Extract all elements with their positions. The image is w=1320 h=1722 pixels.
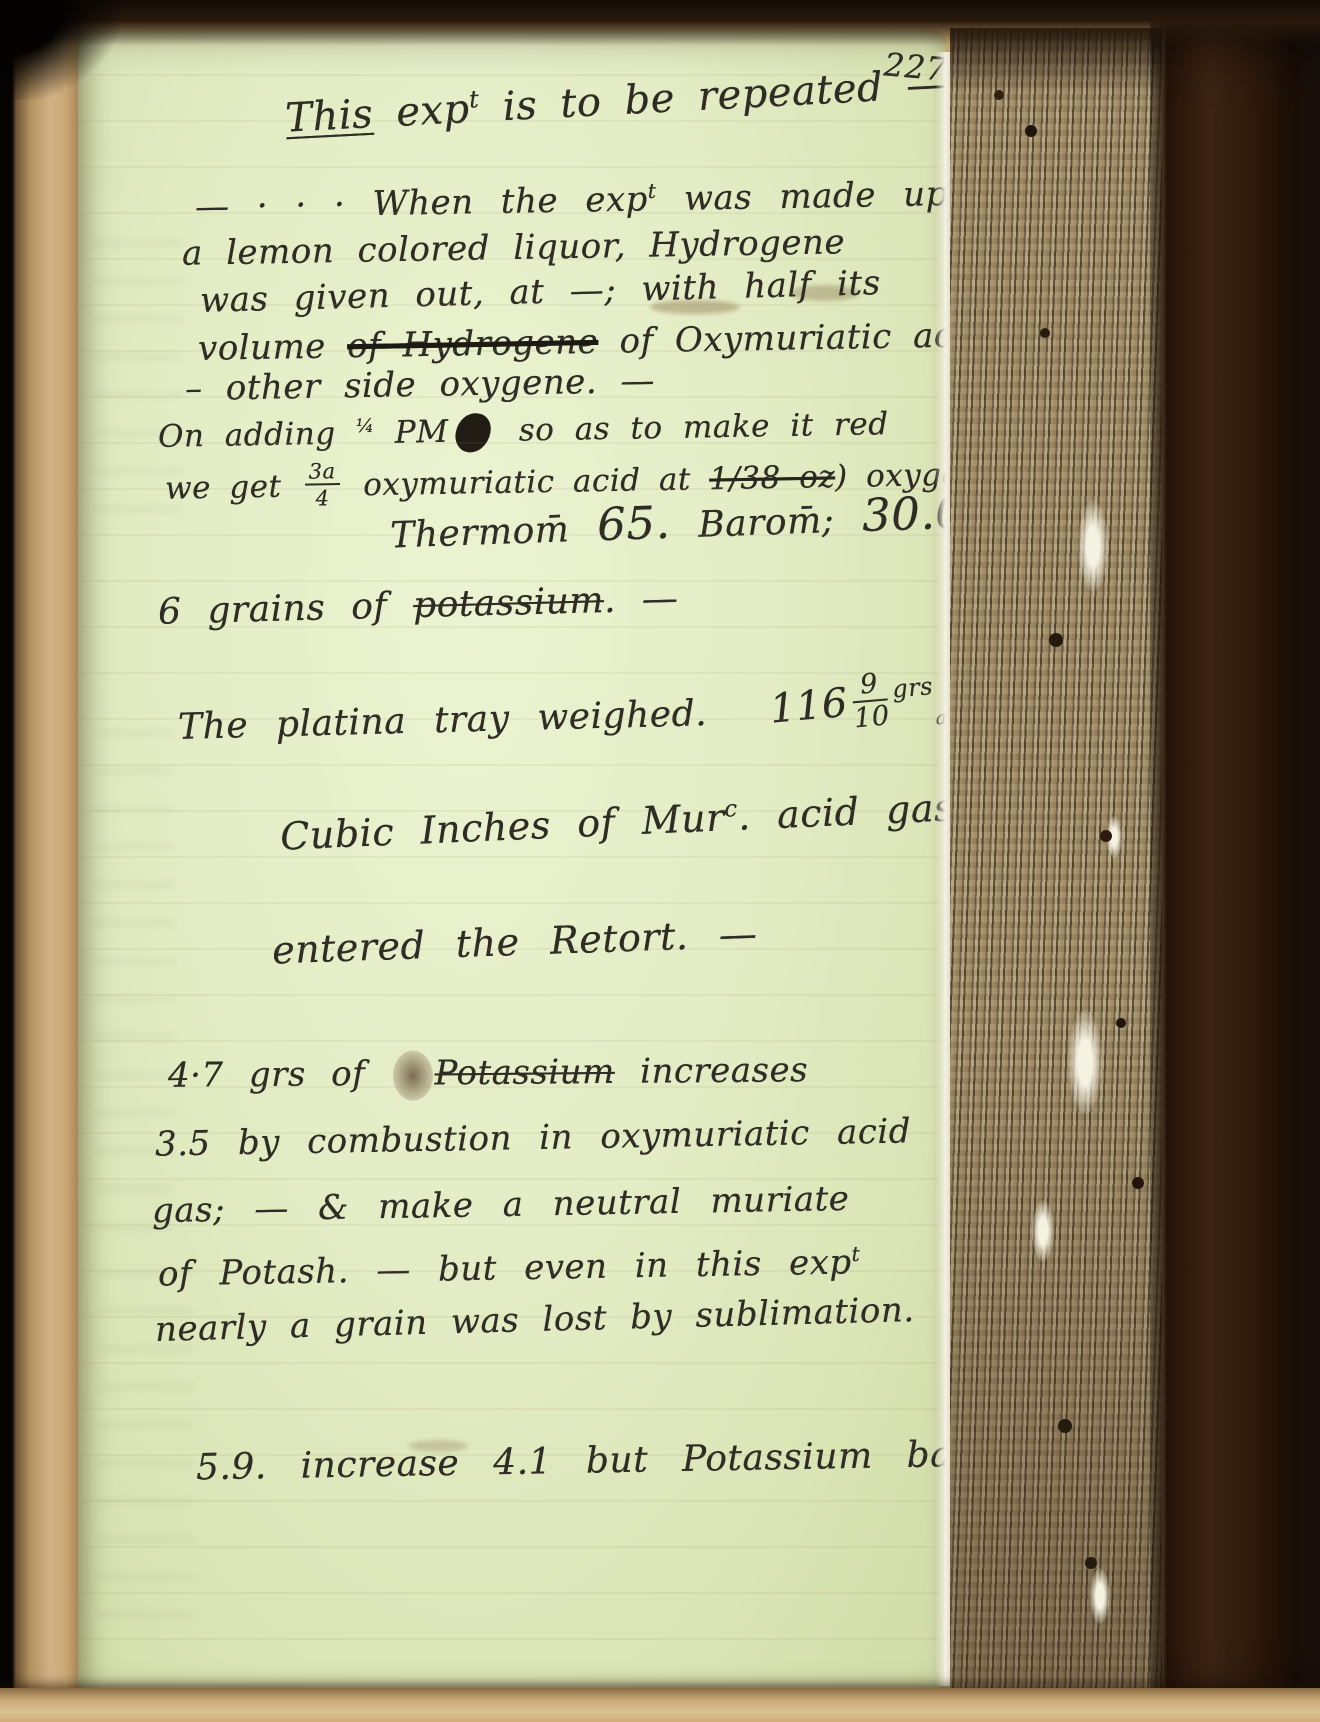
para-text: volume — [198, 326, 348, 369]
table-surface-bottom — [0, 1688, 1320, 1722]
title-line: This expt is to be repeated — — [284, 61, 948, 142]
ink-blot — [453, 410, 494, 456]
fraction: 910 — [850, 669, 891, 732]
manuscript-page: 227 This expt is to be repeated — — · · … — [78, 30, 946, 1692]
page-gap — [1032, 1200, 1054, 1262]
note-text: 6 grains of — [158, 585, 414, 633]
notebook-photo: 227 This expt is to be repeated — — · · … — [0, 0, 1320, 1722]
page-gap — [1106, 816, 1122, 858]
result-line-3: gas; — & make a neutral muriate — [152, 1179, 850, 1231]
struck-text: potassium — [413, 580, 605, 626]
book-fore-edge — [950, 28, 1162, 1696]
fraction-denominator: 4 — [305, 485, 340, 509]
superscript: ¼ — [356, 416, 375, 437]
barometer-label: Barom̄; — [698, 500, 835, 546]
note-text: Cubic Inches of Mur — [279, 795, 725, 858]
fraction-denominator: 10 — [853, 701, 891, 733]
retort-line: entered the Retort. — — [271, 912, 758, 973]
thermometer-label: Thermom̄ — [390, 509, 570, 556]
adding-line-1: On adding ¼ PM so as to make it red — [158, 406, 889, 459]
superscript: c — [724, 796, 738, 823]
para-line-3: was given out, at —; with half its — [200, 263, 882, 321]
superscript: t — [851, 1242, 860, 1266]
fraction-numerator: 9 — [850, 669, 888, 703]
leather-binding — [1150, 0, 1320, 1722]
ink-showthrough — [94, 730, 174, 1250]
result-line-5: nearly a grain was lost by sublimation. — [155, 1290, 915, 1350]
note-text: PM — [374, 414, 449, 451]
para-line-4: volume of Hydrogene of Oxymuriatic acid — [198, 315, 988, 369]
result-line-4: of Potash. — but even in this expt — [158, 1242, 861, 1295]
fraction-numerator: 3a — [304, 460, 339, 486]
weight-unit: grs — [891, 672, 934, 703]
result-line-2: 3.5 by combustion in oxymuriatic acid — [155, 1111, 912, 1164]
note-text: 4·7 grs of — [168, 1054, 391, 1096]
struck-text: of Hydrogene — [347, 322, 599, 366]
thermometer-value: 65. — [596, 496, 671, 552]
weighing-line: The platina tray weighed. — [178, 693, 708, 748]
page-gap — [1068, 1010, 1102, 1114]
weighing-value: 116910grsa — [768, 664, 948, 743]
fraction: 3a4 — [304, 460, 340, 509]
cubic-inches-line: Cubic Inches of Murc. acid gas — [279, 785, 954, 858]
para-text: — · · · When the exp — [195, 179, 649, 227]
page-gap — [1078, 500, 1108, 592]
final-line: 5.9. increase 4.1 but Potassium bad — — [196, 1433, 1047, 1489]
page-gap — [1090, 1568, 1110, 1624]
para-line-5: – other side oxygene. — — [185, 361, 656, 409]
ink-smudge — [392, 1050, 432, 1100]
note-text: On adding — [158, 415, 357, 454]
para-line-1: — · · · When the expt was made upon — [195, 173, 992, 227]
title-underlined-word: This — [284, 91, 374, 142]
note-text: of Potash. — but even in this exp — [158, 1242, 852, 1294]
grains-line: 6 grains of potassium. — — [158, 578, 679, 633]
struck-text: Potassium — [434, 1052, 615, 1094]
top-shadow — [0, 0, 1320, 46]
note-text: . — — [603, 578, 678, 621]
note-text: so as to make it red — [498, 406, 889, 449]
note-text: increases — [615, 1050, 809, 1092]
result-line-1: 4·7 grs of Potassium increases — [168, 1047, 809, 1103]
title-text: exp — [372, 86, 471, 137]
title-text: is to be repeated — — [478, 61, 947, 131]
weight-number: 116 — [768, 680, 850, 733]
para-text: of Oxymuriatic acid — [598, 315, 987, 362]
top-left-shadow — [0, 0, 120, 100]
superscript: t — [648, 179, 657, 203]
note-text: . acid gas — [737, 785, 955, 838]
table-surface-left — [0, 0, 80, 1722]
note-text: we get — [165, 468, 300, 506]
